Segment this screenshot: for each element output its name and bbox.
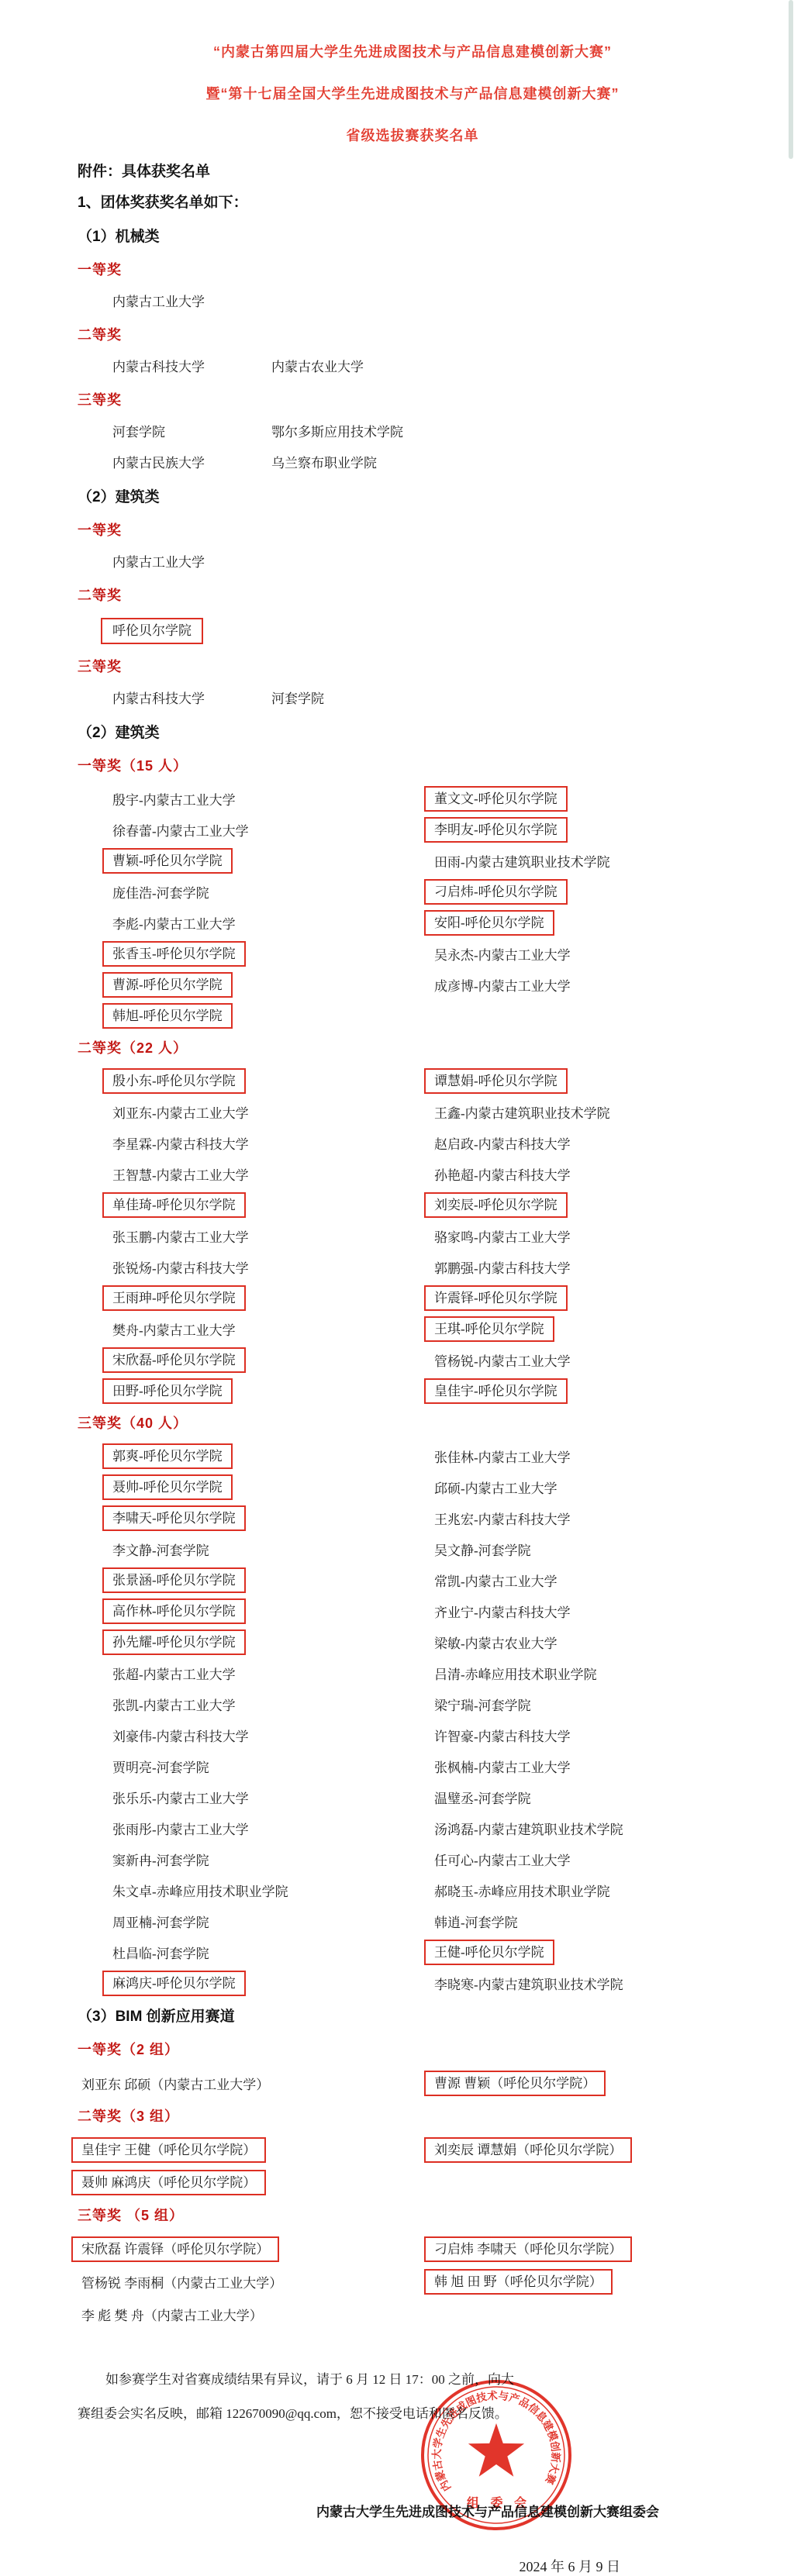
document-body: “内蒙古第四届大学生先进成图技术与产品信息建模创新大赛”暨“第十七届全国大学生先… xyxy=(0,0,794,2576)
awardee-boxed: 王健-呼伦贝尔学院 xyxy=(424,1940,554,1965)
awardee-cell-left: 张凯-内蒙古工业大学 xyxy=(112,1695,434,1714)
award-level-label: 三等奖 xyxy=(78,650,747,684)
awardee-cell-right: 刁启炜-呼伦贝尔学院 xyxy=(434,879,747,905)
awardee-cell-right: 皇佳宇-呼伦贝尔学院 xyxy=(434,1378,747,1404)
awardee-cell-left: 庞佳浩-河套学院 xyxy=(112,882,434,902)
section-heading: （1）机械类 xyxy=(78,222,747,253)
awardee: 梁宁瑞-河套学院 xyxy=(434,1698,531,1713)
awardee-boxed: 聂帅-呼伦贝尔学院 xyxy=(102,1474,233,1500)
awardee-cell-right: 郭鹏强-内蒙古科技大学 xyxy=(434,1257,747,1277)
awardee-cell-left: 管杨锐 李雨桐（内蒙古工业大学） xyxy=(81,2272,434,2292)
awardee-cell-left: 徐春蕾-内蒙古工业大学 xyxy=(112,820,434,840)
awardee-cell-left: 刘亚东-内蒙古工业大学 xyxy=(112,1102,434,1122)
award-pair-row: 王雨珅-呼伦贝尔学院许震铎-呼伦贝尔学院 xyxy=(78,1282,747,1313)
awardee-boxed: 刘奕辰 谭慧娟（呼伦贝尔学院） xyxy=(424,2137,632,2163)
award-level-label: 三等奖（40 人） xyxy=(78,1406,747,1440)
awardee: 杜昌临-河套学院 xyxy=(112,1947,209,1961)
team-school: 鄂尔多斯应用技术学院 xyxy=(271,417,403,448)
award-pair-row: 李啸天-呼伦贝尔学院王兆宏-内蒙古科技大学 xyxy=(78,1502,747,1533)
award-pair-row: 宋欣磊 许震铎（呼伦贝尔学院）刁启炜 李啸天（呼伦贝尔学院） xyxy=(78,2233,747,2265)
awardee: 窦新冉-河套学院 xyxy=(112,1854,209,1868)
awardee-cell-right: 张佳林-内蒙古工业大学 xyxy=(434,1447,747,1466)
awardee-cell-left: 高作林-呼伦贝尔学院 xyxy=(112,1598,434,1624)
award-pair-row: 朱文卓-赤峰应用技术职业学院郝晓玉-赤峰应用技术职业学院 xyxy=(78,1874,747,1905)
awardee-boxed: 麻鸿庆-呼伦贝尔学院 xyxy=(102,1971,246,1996)
award-level-label: 二等奖 xyxy=(78,578,747,612)
issue-date: 2024 年 6 月 9 日 xyxy=(78,2556,747,2576)
awardee-cell-left: 刘豪伟-内蒙古科技大学 xyxy=(112,1726,434,1745)
awardee-cell-left: 张玉鹏-内蒙古工业大学 xyxy=(112,1226,434,1246)
document-title-line: 省级选拔赛获奖名单 xyxy=(78,115,747,157)
awardee-cell-right: 谭慧娟-呼伦贝尔学院 xyxy=(434,1068,747,1094)
individual-awards-section: 一等奖（15 人）殷宇-内蒙古工业大学董文文-呼伦贝尔学院徐春蕾-内蒙古工业大学… xyxy=(78,749,747,1998)
scrollbar-thumb[interactable] xyxy=(789,0,793,159)
awardee-boxed: 宋欣磊 许震铎（呼伦贝尔学院） xyxy=(71,2236,279,2262)
awardee-cell-right: 骆家鸣-内蒙古工业大学 xyxy=(434,1226,747,1246)
award-pair-row: 田野-呼伦贝尔学院皇佳宇-呼伦贝尔学院 xyxy=(78,1375,747,1406)
award-level-label: 三等奖 （5 组） xyxy=(78,2198,747,2233)
awardee-cell-right: 许智豪-内蒙古科技大学 xyxy=(434,1726,747,1745)
awardee-cell-right: 李明友-呼伦贝尔学院 xyxy=(434,817,747,843)
award-pair-row: 张雨彤-内蒙古工业大学汤鸿磊-内蒙古建筑职业技术学院 xyxy=(78,1812,747,1843)
award-pair-row: 管杨锐 李雨桐（内蒙古工业大学）韩 旭 田 野（呼伦贝尔学院） xyxy=(78,2265,747,2298)
awardee-cell-left: 张景涵-呼伦贝尔学院 xyxy=(112,1567,434,1593)
team-school: 乌兰察布职业学院 xyxy=(271,448,377,479)
awardee: 张枫楠-内蒙古工业大学 xyxy=(434,1760,571,1775)
awardee: 汤鸿磊-内蒙古建筑职业技术学院 xyxy=(434,1823,623,1837)
award-pair-row: 刘亚东 邱硕（内蒙古工业大学）曹源 曹颖（呼伦贝尔学院） xyxy=(78,2067,747,2099)
award-pair-row: 刘亚东-内蒙古工业大学王鑫-内蒙古建筑职业技术学院 xyxy=(78,1096,747,1127)
award-pair-row: 张玉鹏-内蒙古工业大学骆家鸣-内蒙古工业大学 xyxy=(78,1220,747,1251)
award-pair-row: 皇佳宇 王健（呼伦贝尔学院）刘奕辰 谭慧娟（呼伦贝尔学院） xyxy=(78,2133,747,2166)
awardee-boxed: 曹源-呼伦贝尔学院 xyxy=(102,972,233,998)
team-school: 河套学院 xyxy=(271,684,324,715)
awardee-cell-left: 田野-呼伦贝尔学院 xyxy=(112,1378,434,1404)
award-pair-row: 麻鸿庆-呼伦贝尔学院李晓寒-内蒙古建筑职业技术学院 xyxy=(78,1967,747,1998)
awardee: 刘亚东-内蒙古工业大学 xyxy=(112,1106,249,1121)
awardee: 赵启政-内蒙古科技大学 xyxy=(434,1137,571,1152)
team-school: 河套学院 xyxy=(112,417,271,448)
awardee-cell-left: 麻鸿庆-呼伦贝尔学院 xyxy=(112,1971,434,1996)
awardee-cell-right: 王兆宏-内蒙古科技大学 xyxy=(434,1509,747,1528)
awardee-boxed: 宋欣磊-呼伦贝尔学院 xyxy=(102,1347,246,1373)
awardee: 李星霖-内蒙古科技大学 xyxy=(112,1137,249,1152)
awardee-cell-left: 宋欣磊-呼伦贝尔学院 xyxy=(112,1347,434,1373)
awardee-boxed: 谭慧娟-呼伦贝尔学院 xyxy=(424,1068,568,1094)
awardee-cell-right: 刘奕辰 谭慧娟（呼伦贝尔学院） xyxy=(434,2137,747,2163)
awardee-cell-right: 温璧丞-河套学院 xyxy=(434,1788,747,1807)
awardee-cell-left: 殷小东-呼伦贝尔学院 xyxy=(112,1068,434,1094)
awardee: 张玉鹏-内蒙古工业大学 xyxy=(112,1230,249,1245)
document-title: “内蒙古第四届大学生先进成图技术与产品信息建模创新大赛”暨“第十七届全国大学生先… xyxy=(78,0,747,157)
awardee-boxed: 郭爽-呼伦贝尔学院 xyxy=(102,1443,233,1469)
awardee-boxed: 董文文-呼伦贝尔学院 xyxy=(424,786,568,812)
award-level-label: 二等奖（3 组） xyxy=(78,2099,747,2133)
document-title-line: “内蒙古第四届大学生先进成图技术与产品信息建模创新大赛” xyxy=(78,31,747,73)
award-pair-row: 徐春蕾-内蒙古工业大学李明友-呼伦贝尔学院 xyxy=(78,814,747,845)
awardee: 郭鹏强-内蒙古科技大学 xyxy=(434,1261,571,1276)
award-pair-row: 聂帅 麻鸿庆（呼伦贝尔学院） xyxy=(78,2166,747,2198)
awardee: 张佳林-内蒙古工业大学 xyxy=(434,1450,571,1465)
awardee-boxed: 殷小东-呼伦贝尔学院 xyxy=(102,1068,246,1094)
awardee-cell-left: 郭爽-呼伦贝尔学院 xyxy=(112,1443,434,1469)
bim-awards-section: 一等奖（2 组）刘亚东 邱硕（内蒙古工业大学）曹源 曹颖（呼伦贝尔学院）二等奖（… xyxy=(78,2033,747,2330)
award-level-label: 一等奖（2 组） xyxy=(78,2033,747,2067)
awardee-cell-left: 窦新冉-河套学院 xyxy=(112,1850,434,1869)
awardee-cell-right: 孙艳超-内蒙古科技大学 xyxy=(434,1164,747,1184)
awardee-cell-left: 刘亚东 邱硕（内蒙古工业大学） xyxy=(81,2074,434,2093)
awardee-boxed: 田野-呼伦贝尔学院 xyxy=(102,1378,233,1404)
awardee-cell-right: 韩 旭 田 野（呼伦贝尔学院） xyxy=(434,2269,747,2295)
awardee: 周亚楠-河套学院 xyxy=(112,1916,209,1930)
awardee-cell-right: 郝晓玉-赤峰应用技术职业学院 xyxy=(434,1881,747,1900)
awardee: 管杨锐-内蒙古工业大学 xyxy=(434,1354,571,1369)
awardee: 李 彪 樊 舟（内蒙古工业大学） xyxy=(81,2309,263,2323)
awardee-cell-right: 张枫楠-内蒙古工业大学 xyxy=(434,1757,747,1776)
awardee-cell-left: 聂帅 麻鸿庆（呼伦贝尔学院） xyxy=(81,2170,434,2195)
award-pair-row: 杜昌临-河套学院王健-呼伦贝尔学院 xyxy=(78,1936,747,1967)
awardee: 张凯-内蒙古工业大学 xyxy=(112,1698,236,1713)
awardee-boxed: 李啸天-呼伦贝尔学院 xyxy=(102,1505,246,1531)
award-level-label: 三等奖 xyxy=(78,383,747,417)
awardee-cell-right: 许震铎-呼伦贝尔学院 xyxy=(434,1285,747,1311)
awardee: 吴永杰-内蒙古工业大学 xyxy=(434,948,571,963)
awardee-cell-right: 曹源 曹颖（呼伦贝尔学院） xyxy=(434,2071,747,2096)
awardee: 许智豪-内蒙古科技大学 xyxy=(434,1729,571,1744)
award-pair-row: 张超-内蒙古工业大学吕清-赤峰应用技术职业学院 xyxy=(78,1657,747,1688)
document-title-line: 暨“第十七届全国大学生先进成图技术与产品信息建模创新大赛” xyxy=(78,73,747,115)
team-award-row: 内蒙古工业大学 xyxy=(78,287,747,318)
award-pair-row: 聂帅-呼伦贝尔学院邱硕-内蒙古工业大学 xyxy=(78,1471,747,1502)
awardee: 张雨彤-内蒙古工业大学 xyxy=(112,1823,249,1837)
award-pair-row: 贾明亮-河套学院张枫楠-内蒙古工业大学 xyxy=(78,1750,747,1781)
awardee-cell-right: 王琪-呼伦贝尔学院 xyxy=(434,1316,747,1342)
awardee-cell-left: 李星霖-内蒙古科技大学 xyxy=(112,1133,434,1153)
awardee-cell-right: 刁启炜 李啸天（呼伦贝尔学院） xyxy=(434,2236,747,2262)
team-school: 内蒙古科技大学 xyxy=(112,352,271,383)
awardee-cell-left: 孙先耀-呼伦贝尔学院 xyxy=(112,1629,434,1655)
awardee: 梁敏-内蒙古农业大学 xyxy=(434,1636,558,1651)
awardee-boxed: 李明友-呼伦贝尔学院 xyxy=(424,817,568,843)
appeal-notice: 如参赛学生对省赛成绩结果有异议，请于 6 月 12 日 17：00 之前，向大 … xyxy=(78,2363,747,2431)
award-pair-row: 李文静-河套学院吴文静-河套学院 xyxy=(78,1533,747,1564)
awardee-cell-left: 李文静-河套学院 xyxy=(112,1540,434,1559)
award-pair-row: 庞佳浩-河套学院刁启炜-呼伦贝尔学院 xyxy=(78,876,747,907)
awardee-cell-right: 王鑫-内蒙古建筑职业技术学院 xyxy=(434,1102,747,1122)
award-level-label: 一等奖 xyxy=(78,253,747,287)
awardee: 任可心-内蒙古工业大学 xyxy=(434,1854,571,1868)
award-pair-row: 周亚楠-河套学院韩逍-河套学院 xyxy=(78,1905,747,1936)
awardee-boxed: 曹颖-呼伦贝尔学院 xyxy=(102,848,233,874)
award-pair-row: 殷小东-呼伦贝尔学院谭慧娟-呼伦贝尔学院 xyxy=(78,1065,747,1096)
awardee: 王鑫-内蒙古建筑职业技术学院 xyxy=(434,1106,610,1121)
awardee-cell-left: 单佳琦-呼伦贝尔学院 xyxy=(112,1192,434,1218)
team-school: 内蒙古科技大学 xyxy=(112,684,271,715)
awardee-boxed: 王琪-呼伦贝尔学院 xyxy=(424,1316,554,1342)
bim-awards-heading: （3）BIM 创新应用赛道 xyxy=(78,2002,747,2033)
award-pair-row: 孙先耀-呼伦贝尔学院梁敏-内蒙古农业大学 xyxy=(78,1626,747,1657)
awardee-cell-right: 管杨锐-内蒙古工业大学 xyxy=(434,1350,747,1370)
awardee-cell-right: 成彦博-内蒙古工业大学 xyxy=(434,975,747,995)
section-heading: （2）建筑类 xyxy=(78,482,747,513)
awardee-cell-left: 王雨珅-呼伦贝尔学院 xyxy=(112,1285,434,1311)
award-pair-row: 张锐炀-内蒙古科技大学郭鹏强-内蒙古科技大学 xyxy=(78,1251,747,1282)
award-pair-row: 樊舟-内蒙古工业大学王琪-呼伦贝尔学院 xyxy=(78,1313,747,1344)
team-awards-section: （1）机械类一等奖内蒙古工业大学二等奖内蒙古科技大学内蒙古农业大学三等奖河套学院… xyxy=(78,222,747,715)
awardee: 孙艳超-内蒙古科技大学 xyxy=(434,1168,571,1183)
awardee-boxed: 王雨珅-呼伦贝尔学院 xyxy=(102,1285,246,1311)
awardee-boxed: 皇佳宇-呼伦贝尔学院 xyxy=(424,1378,568,1404)
awardee: 邱硕-内蒙古工业大学 xyxy=(434,1481,558,1496)
awardee: 齐业宁-内蒙古科技大学 xyxy=(434,1605,571,1620)
awardee-cell-left: 樊舟-内蒙古工业大学 xyxy=(112,1319,434,1339)
awardee-boxed: 孙先耀-呼伦贝尔学院 xyxy=(102,1629,246,1655)
awardee-cell-left: 殷宇-内蒙古工业大学 xyxy=(112,789,434,809)
award-pair-row: 张香玉-呼伦贝尔学院吴永杰-内蒙古工业大学 xyxy=(78,938,747,969)
awardee: 常凯-内蒙古工业大学 xyxy=(434,1574,558,1589)
awardee-cell-right: 任可心-内蒙古工业大学 xyxy=(434,1850,747,1869)
award-pair-row: 李星霖-内蒙古科技大学赵启政-内蒙古科技大学 xyxy=(78,1127,747,1158)
awardee-cell-left: 李彪-内蒙古工业大学 xyxy=(112,913,434,933)
awardee: 樊舟-内蒙古工业大学 xyxy=(112,1323,236,1338)
awardee-cell-left: 张超-内蒙古工业大学 xyxy=(112,1664,434,1683)
awardee-boxed: 刁启炜-呼伦贝尔学院 xyxy=(424,879,568,905)
team-award-row: 内蒙古科技大学河套学院 xyxy=(78,684,747,715)
awardee: 李文静-河套学院 xyxy=(112,1543,209,1558)
award-level-label: 一等奖 xyxy=(78,513,747,547)
awardee: 吕清-赤峰应用技术职业学院 xyxy=(434,1667,597,1682)
awardee-cell-left: 张锐炀-内蒙古科技大学 xyxy=(112,1257,434,1277)
award-level-label: 二等奖 xyxy=(78,318,747,352)
awardee-cell-left: 曹颖-呼伦贝尔学院 xyxy=(112,848,434,874)
awardee-cell-right: 常凯-内蒙古工业大学 xyxy=(434,1571,747,1590)
award-pair-row: 高作林-呼伦贝尔学院齐业宁-内蒙古科技大学 xyxy=(78,1595,747,1626)
team-school: 内蒙古工业大学 xyxy=(112,287,205,318)
team-award-row: 内蒙古民族大学乌兰察布职业学院 xyxy=(78,448,747,479)
team-school: 内蒙古农业大学 xyxy=(271,352,364,383)
awardee-cell-right: 田雨-内蒙古建筑职业技术学院 xyxy=(434,851,747,871)
awardee: 张锐炀-内蒙古科技大学 xyxy=(112,1261,249,1276)
awardee-cell-left: 曹源-呼伦贝尔学院 xyxy=(112,972,434,998)
awardee-boxed: 许震铎-呼伦贝尔学院 xyxy=(424,1285,568,1311)
awardee-boxed: 韩旭-呼伦贝尔学院 xyxy=(102,1003,233,1029)
team-award-heading: 1、团体奖获奖名单如下： xyxy=(78,188,747,219)
awardee: 张乐乐-内蒙古工业大学 xyxy=(112,1791,249,1806)
awardee: 成彦博-内蒙古工业大学 xyxy=(434,979,571,994)
awardee-cell-right: 梁敏-内蒙古农业大学 xyxy=(434,1633,747,1652)
awardee-cell-right: 董文文-呼伦贝尔学院 xyxy=(434,786,747,812)
awardee-cell-left: 聂帅-呼伦贝尔学院 xyxy=(112,1474,434,1500)
awardee-boxed: 曹源 曹颖（呼伦贝尔学院） xyxy=(424,2071,606,2096)
team-award-row: 河套学院鄂尔多斯应用技术学院 xyxy=(78,417,747,448)
award-pair-row: 王智慧-内蒙古工业大学孙艳超-内蒙古科技大学 xyxy=(78,1158,747,1189)
awardee: 骆家鸣-内蒙古工业大学 xyxy=(434,1230,571,1245)
awardee: 李晓寒-内蒙古建筑职业技术学院 xyxy=(434,1978,623,1992)
award-pair-row: 曹源-呼伦贝尔学院成彦博-内蒙古工业大学 xyxy=(78,969,747,1000)
individual-awards-heading: （2）建筑类 xyxy=(78,718,747,749)
awardee: 管杨锐 李雨桐（内蒙古工业大学） xyxy=(81,2276,282,2291)
awardee-boxed: 刁启炜 李啸天（呼伦贝尔学院） xyxy=(424,2236,632,2262)
awardee: 吴文静-河套学院 xyxy=(434,1543,531,1558)
awardee: 殷宇-内蒙古工业大学 xyxy=(112,793,236,808)
awardee-cell-right: 吴文静-河套学院 xyxy=(434,1540,747,1559)
award-pair-row: 刘豪伟-内蒙古科技大学许智豪-内蒙古科技大学 xyxy=(78,1719,747,1750)
awardee-cell-right: 吴永杰-内蒙古工业大学 xyxy=(434,944,747,964)
awardee-cell-left: 宋欣磊 许震铎（呼伦贝尔学院） xyxy=(81,2236,434,2262)
awardee: 王兆宏-内蒙古科技大学 xyxy=(434,1512,571,1527)
awardee-boxed: 皇佳宇 王健（呼伦贝尔学院） xyxy=(71,2137,266,2163)
award-pair-row: 李彪-内蒙古工业大学安阳-呼伦贝尔学院 xyxy=(78,907,747,938)
awardee: 朱文卓-赤峰应用技术职业学院 xyxy=(112,1885,288,1899)
document-page: { "colors":{"title_red":"#e23b2e","label… xyxy=(0,0,794,2576)
awardee-cell-left: 李 彪 樊 舟（内蒙古工业大学） xyxy=(81,2305,434,2324)
awardee: 徐春蕾-内蒙古工业大学 xyxy=(112,824,249,839)
award-level-label: 一等奖（15 人） xyxy=(78,749,747,783)
awardee-cell-left: 张香玉-呼伦贝尔学院 xyxy=(112,941,434,967)
awardee-cell-right: 韩逍-河套学院 xyxy=(434,1912,747,1931)
awardee-cell-right: 汤鸿磊-内蒙古建筑职业技术学院 xyxy=(434,1819,747,1838)
committee-signature: 内蒙古大学生先进成图技术与产品信息建模创新大赛组委会 xyxy=(78,2501,747,2520)
award-pair-row: 张凯-内蒙古工业大学梁宁瑞-河套学院 xyxy=(78,1688,747,1719)
awardee-boxed: 安阳-呼伦贝尔学院 xyxy=(424,910,554,936)
team-award-row: 内蒙古科技大学内蒙古农业大学 xyxy=(78,352,747,383)
awardee-cell-right: 李晓寒-内蒙古建筑职业技术学院 xyxy=(434,1974,747,1993)
awardee-cell-right: 梁宁瑞-河套学院 xyxy=(434,1695,747,1714)
awardee: 张超-内蒙古工业大学 xyxy=(112,1667,236,1682)
team-school: 内蒙古民族大学 xyxy=(112,448,271,479)
awardee-cell-left: 朱文卓-赤峰应用技术职业学院 xyxy=(112,1881,434,1900)
awardee-boxed: 高作林-呼伦贝尔学院 xyxy=(102,1598,246,1624)
awardee-cell-right: 王健-呼伦贝尔学院 xyxy=(434,1940,747,1965)
awardee-cell-left: 张雨彤-内蒙古工业大学 xyxy=(112,1819,434,1838)
team-award-row: 呼伦贝尔学院 xyxy=(78,612,747,650)
awardee-cell-right: 赵启政-内蒙古科技大学 xyxy=(434,1133,747,1153)
awardee-boxed: 韩 旭 田 野（呼伦贝尔学院） xyxy=(424,2269,613,2295)
award-pair-row: 韩旭-呼伦贝尔学院 xyxy=(78,1000,747,1031)
award-pair-row: 张乐乐-内蒙古工业大学温璧丞-河套学院 xyxy=(78,1781,747,1812)
award-pair-row: 窦新冉-河套学院任可心-内蒙古工业大学 xyxy=(78,1843,747,1874)
awardee-cell-left: 韩旭-呼伦贝尔学院 xyxy=(112,1003,434,1029)
award-pair-row: 李 彪 樊 舟（内蒙古工业大学） xyxy=(78,2298,747,2330)
awardee-cell-right: 齐业宁-内蒙古科技大学 xyxy=(434,1602,747,1621)
attachment-heading: 附件：具体获奖名单 xyxy=(78,157,747,188)
award-pair-row: 殷宇-内蒙古工业大学董文文-呼伦贝尔学院 xyxy=(78,783,747,814)
awardee: 庞佳浩-河套学院 xyxy=(112,886,209,901)
awardee: 温璧丞-河套学院 xyxy=(434,1791,531,1806)
awardee-boxed: 张香玉-呼伦贝尔学院 xyxy=(102,941,246,967)
award-pair-row: 郭爽-呼伦贝尔学院张佳林-内蒙古工业大学 xyxy=(78,1440,747,1471)
appeal-notice-line: 如参赛学生对省赛成绩结果有异议，请于 6 月 12 日 17：00 之前，向大 xyxy=(78,2363,747,2397)
awardee: 韩逍-河套学院 xyxy=(434,1916,518,1930)
awardee-cell-left: 贾明亮-河套学院 xyxy=(112,1757,434,1776)
awardee: 王智慧-内蒙古工业大学 xyxy=(112,1168,249,1183)
awardee-cell-left: 杜昌临-河套学院 xyxy=(112,1943,434,1962)
awardee-boxed: 张景涵-呼伦贝尔学院 xyxy=(102,1567,246,1593)
awardee-cell-right: 吕清-赤峰应用技术职业学院 xyxy=(434,1664,747,1683)
award-pair-row: 张景涵-呼伦贝尔学院常凯-内蒙古工业大学 xyxy=(78,1564,747,1595)
awardee: 郝晓玉-赤峰应用技术职业学院 xyxy=(434,1885,610,1899)
awardee: 刘亚东 邱硕（内蒙古工业大学） xyxy=(81,2078,269,2092)
team-school: 内蒙古工业大学 xyxy=(112,547,205,578)
award-pair-row: 单佳琦-呼伦贝尔学院刘奕辰-呼伦贝尔学院 xyxy=(78,1189,747,1220)
awardee-cell-left: 周亚楠-河套学院 xyxy=(112,1912,434,1931)
awardee: 贾明亮-河套学院 xyxy=(112,1760,209,1775)
awardee-cell-right: 安阳-呼伦贝尔学院 xyxy=(434,910,747,936)
award-pair-row: 曹颖-呼伦贝尔学院田雨-内蒙古建筑职业技术学院 xyxy=(78,845,747,876)
awardee: 刘豪伟-内蒙古科技大学 xyxy=(112,1729,249,1744)
awardee-boxed: 单佳琦-呼伦贝尔学院 xyxy=(102,1192,246,1218)
awardee-boxed: 刘奕辰-呼伦贝尔学院 xyxy=(424,1192,568,1218)
team-award-row: 内蒙古工业大学 xyxy=(78,547,747,578)
awardee: 田雨-内蒙古建筑职业技术学院 xyxy=(434,855,610,870)
team-school-boxed: 呼伦贝尔学院 xyxy=(101,618,203,644)
awardee-cell-left: 张乐乐-内蒙古工业大学 xyxy=(112,1788,434,1807)
awardee-cell-left: 皇佳宇 王健（呼伦贝尔学院） xyxy=(81,2137,434,2163)
award-level-label: 二等奖（22 人） xyxy=(78,1031,747,1065)
awardee-cell-left: 李啸天-呼伦贝尔学院 xyxy=(112,1505,434,1531)
awardee-cell-right: 刘奕辰-呼伦贝尔学院 xyxy=(434,1192,747,1218)
awardee: 李彪-内蒙古工业大学 xyxy=(112,917,236,932)
awardee-cell-left: 王智慧-内蒙古工业大学 xyxy=(112,1164,434,1184)
appeal-notice-line: 赛组委会实名反映，邮箱 122670090@qq.com，恕不接受电话和匿名反馈… xyxy=(78,2397,747,2431)
awardee-cell-right: 邱硕-内蒙古工业大学 xyxy=(434,1478,747,1497)
awardee-boxed: 聂帅 麻鸿庆（呼伦贝尔学院） xyxy=(71,2170,266,2195)
award-pair-row: 宋欣磊-呼伦贝尔学院管杨锐-内蒙古工业大学 xyxy=(78,1344,747,1375)
